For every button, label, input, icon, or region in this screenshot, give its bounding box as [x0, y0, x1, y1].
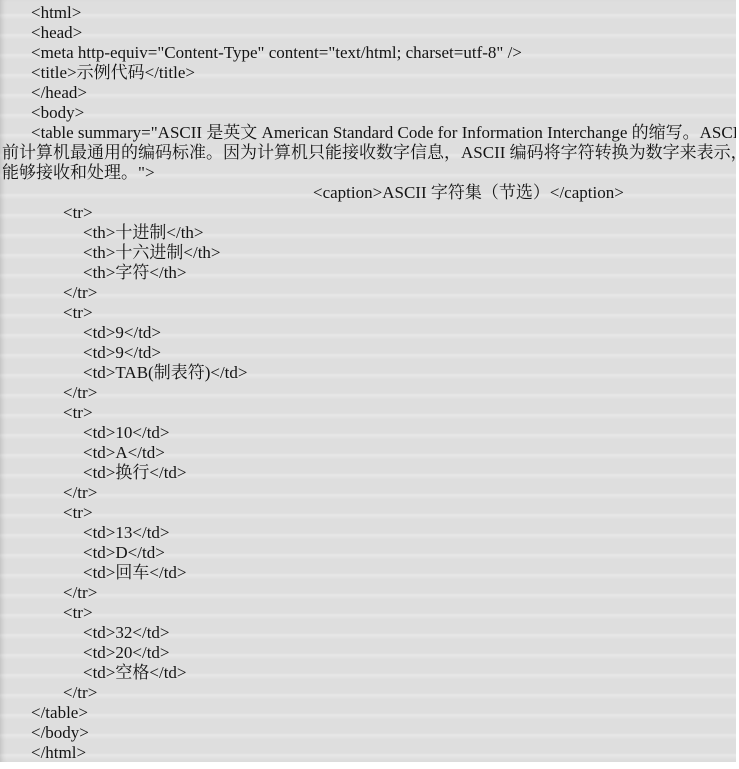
code-line-table-close: </table> [0, 703, 736, 723]
code-line-table-open: <table summary="ASCII 是英文 American Stand… [0, 123, 736, 143]
code-line-td: <td>13</td> [0, 523, 736, 543]
code-line-html-open: <html> [0, 3, 736, 23]
code-line-tr-open: <tr> [0, 203, 736, 223]
code-line-td: <td>换行</td> [0, 463, 736, 483]
code-line-td: <td>32</td> [0, 623, 736, 643]
code-line-tr-open: <tr> [0, 503, 736, 523]
code-line-td: <td>10</td> [0, 423, 736, 443]
code-line-body-close: </body> [0, 723, 736, 743]
code-line-tr-open: <tr> [0, 303, 736, 323]
code-line-body-open: <body> [0, 103, 736, 123]
code-line-tr-close: </tr> [0, 383, 736, 403]
scanned-document-page: <html> <head> <meta http-equiv="Content-… [0, 0, 739, 769]
code-line-td: <td>空格</td> [0, 663, 736, 683]
code-line-td: <td>A</td> [0, 443, 736, 463]
code-line-td: <td>9</td> [0, 323, 736, 343]
code-line-summary-wrap-1: 前计算机最通用的编码标准。因为计算机只能接收数字信息，ASCII 编码将字符转换… [0, 143, 736, 163]
code-line-th-hex: <th>十六进制</th> [0, 243, 736, 263]
code-line-tr-open: <tr> [0, 403, 736, 423]
code-line-summary-wrap-2: 能够接收和处理。"> [0, 163, 736, 183]
code-line-meta: <meta http-equiv="Content-Type" content=… [0, 43, 736, 63]
code-line-html-close: </html> [0, 743, 736, 762]
code-line-td: <td>20</td> [0, 643, 736, 663]
page-bottom-margin [0, 762, 739, 769]
code-line-th-decimal: <th>十进制</th> [0, 223, 736, 243]
code-line-tr-close: </tr> [0, 283, 736, 303]
code-line-tr-close: </tr> [0, 483, 736, 503]
code-line-head-close: </head> [0, 83, 736, 103]
code-line-td: <td>9</td> [0, 343, 736, 363]
code-line-title: <title>示例代码</title> [0, 63, 736, 83]
code-line-td: <td>回车</td> [0, 563, 736, 583]
code-line-th-char: <th>字符</th> [0, 263, 736, 283]
code-line-tr-close: </tr> [0, 683, 736, 703]
code-line-td: <td>D</td> [0, 543, 736, 563]
code-line-tr-open: <tr> [0, 603, 736, 623]
code-listing-scan: <html> <head> <meta http-equiv="Content-… [0, 0, 736, 762]
code-line-tr-close: </tr> [0, 583, 736, 603]
code-line-head-open: <head> [0, 23, 736, 43]
code-line-caption: <caption>ASCII 字符集（节选）</caption> [0, 183, 736, 203]
code-line-td: <td>TAB(制表符)</td> [0, 363, 736, 383]
